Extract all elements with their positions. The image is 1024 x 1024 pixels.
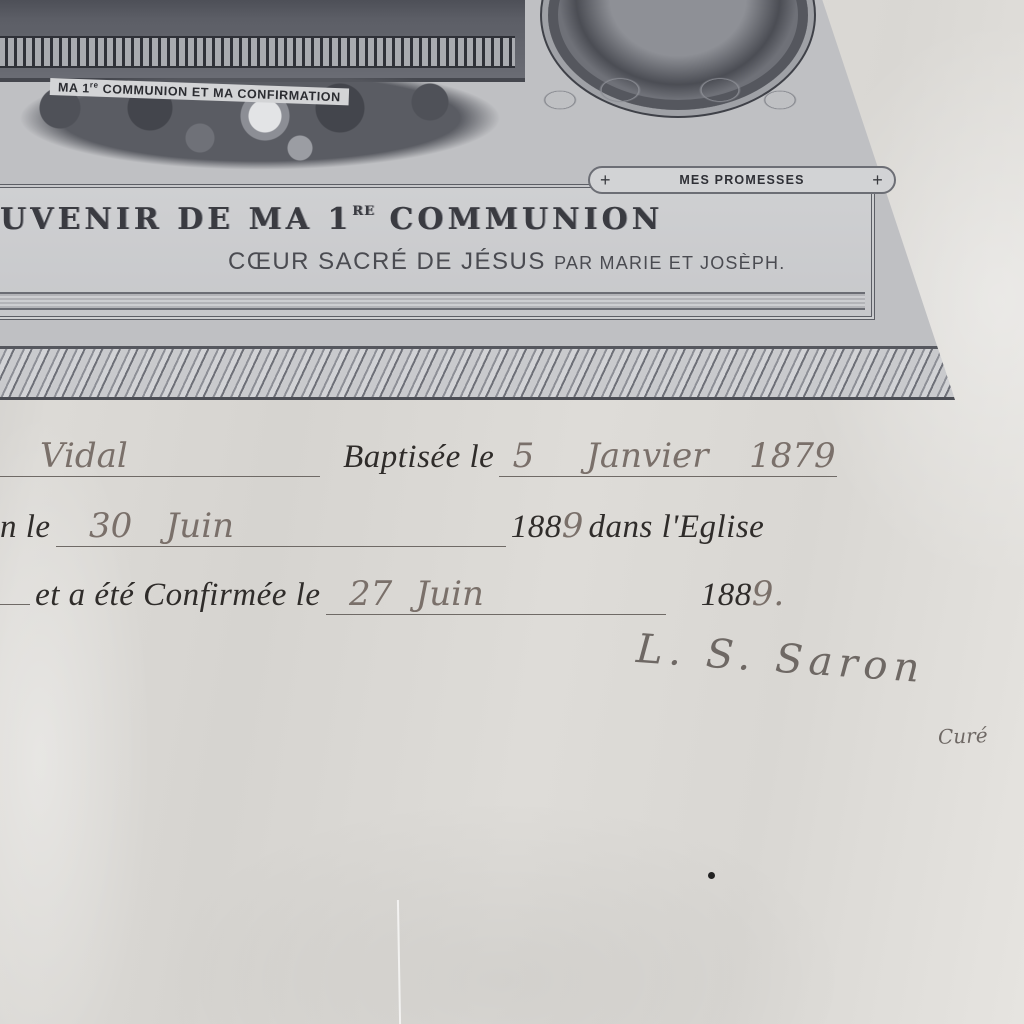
promesses-banner: + MES PROMESSES + bbox=[588, 166, 896, 194]
title-text-suffix: COMMUNION bbox=[375, 202, 663, 237]
confirmation-label: et a été Confirmée le bbox=[35, 577, 320, 613]
record-line-confirmation: et a été Confirmée le 27Juin 1889. bbox=[0, 574, 784, 615]
name-field: Vidal bbox=[0, 436, 320, 477]
record-line-communion: n le 30Juin 1889 dans l'Eglise bbox=[0, 506, 764, 547]
title-panel: UVENIR DE MA 1RE COMMUNION CŒUR SACRÉ DE… bbox=[0, 184, 875, 320]
title-superscript: RE bbox=[352, 204, 375, 219]
communion-year-printed: 188 bbox=[511, 509, 562, 545]
ink-speck bbox=[708, 872, 715, 879]
ribbon-text: MA 1 bbox=[58, 80, 90, 95]
baptised-label: Baptisée le bbox=[343, 439, 494, 475]
promesses-label: MES PROMESSES bbox=[679, 173, 804, 187]
baptism-month: Janvier bbox=[547, 436, 747, 477]
baptism-year: 1879 bbox=[747, 436, 837, 477]
paper-crease bbox=[397, 900, 401, 1024]
subtitle-main: CŒUR SACRÉ DE JÉSUS bbox=[228, 248, 554, 275]
panel-inner-rule bbox=[0, 292, 865, 310]
confirmation-day: 27 bbox=[326, 574, 416, 615]
baptism-day: 5 bbox=[499, 436, 547, 477]
confirmation-month: Juin bbox=[416, 574, 666, 615]
certificate-title: UVENIR DE MA 1RE COMMUNION bbox=[0, 202, 663, 237]
fluted-frame-border bbox=[0, 36, 515, 68]
record-line-name-baptism: Vidal Baptisée le 5Janvier1879 bbox=[0, 436, 837, 477]
priest-signature: L. S. Saron bbox=[635, 626, 927, 692]
church-label: dans l'Eglise bbox=[589, 509, 765, 545]
signature-title: Curé bbox=[938, 723, 988, 749]
confirmation-year-printed: 188 bbox=[701, 577, 752, 613]
title-text: UVENIR DE MA 1 bbox=[0, 202, 352, 237]
rope-border-bottom bbox=[0, 346, 955, 400]
confirmation-year-hand: 9. bbox=[752, 574, 784, 614]
scrollwork-ornament bbox=[520, 70, 820, 125]
blank-line bbox=[0, 604, 30, 605]
certificate-subtitle: CŒUR SACRÉ DE JÉSUS PAR MARIE ET JOSÈPH. bbox=[228, 248, 785, 276]
subtitle-small: PAR MARIE ET JOSÈPH. bbox=[554, 253, 785, 273]
communion-label: n le bbox=[0, 509, 51, 545]
communion-month: Juin bbox=[166, 506, 506, 547]
communion-day: 30 bbox=[56, 506, 166, 547]
communion-year-hand: 9 bbox=[562, 506, 584, 546]
engraved-picture-frame bbox=[0, 0, 525, 82]
cross-icon: + bbox=[600, 171, 612, 189]
cross-icon: + bbox=[872, 171, 884, 189]
engraved-certificate-panel: UVENIR DE MA 1RE COMMUNION CŒUR SACRÉ DE… bbox=[0, 0, 955, 400]
ribbon-superscript: re bbox=[90, 80, 99, 89]
